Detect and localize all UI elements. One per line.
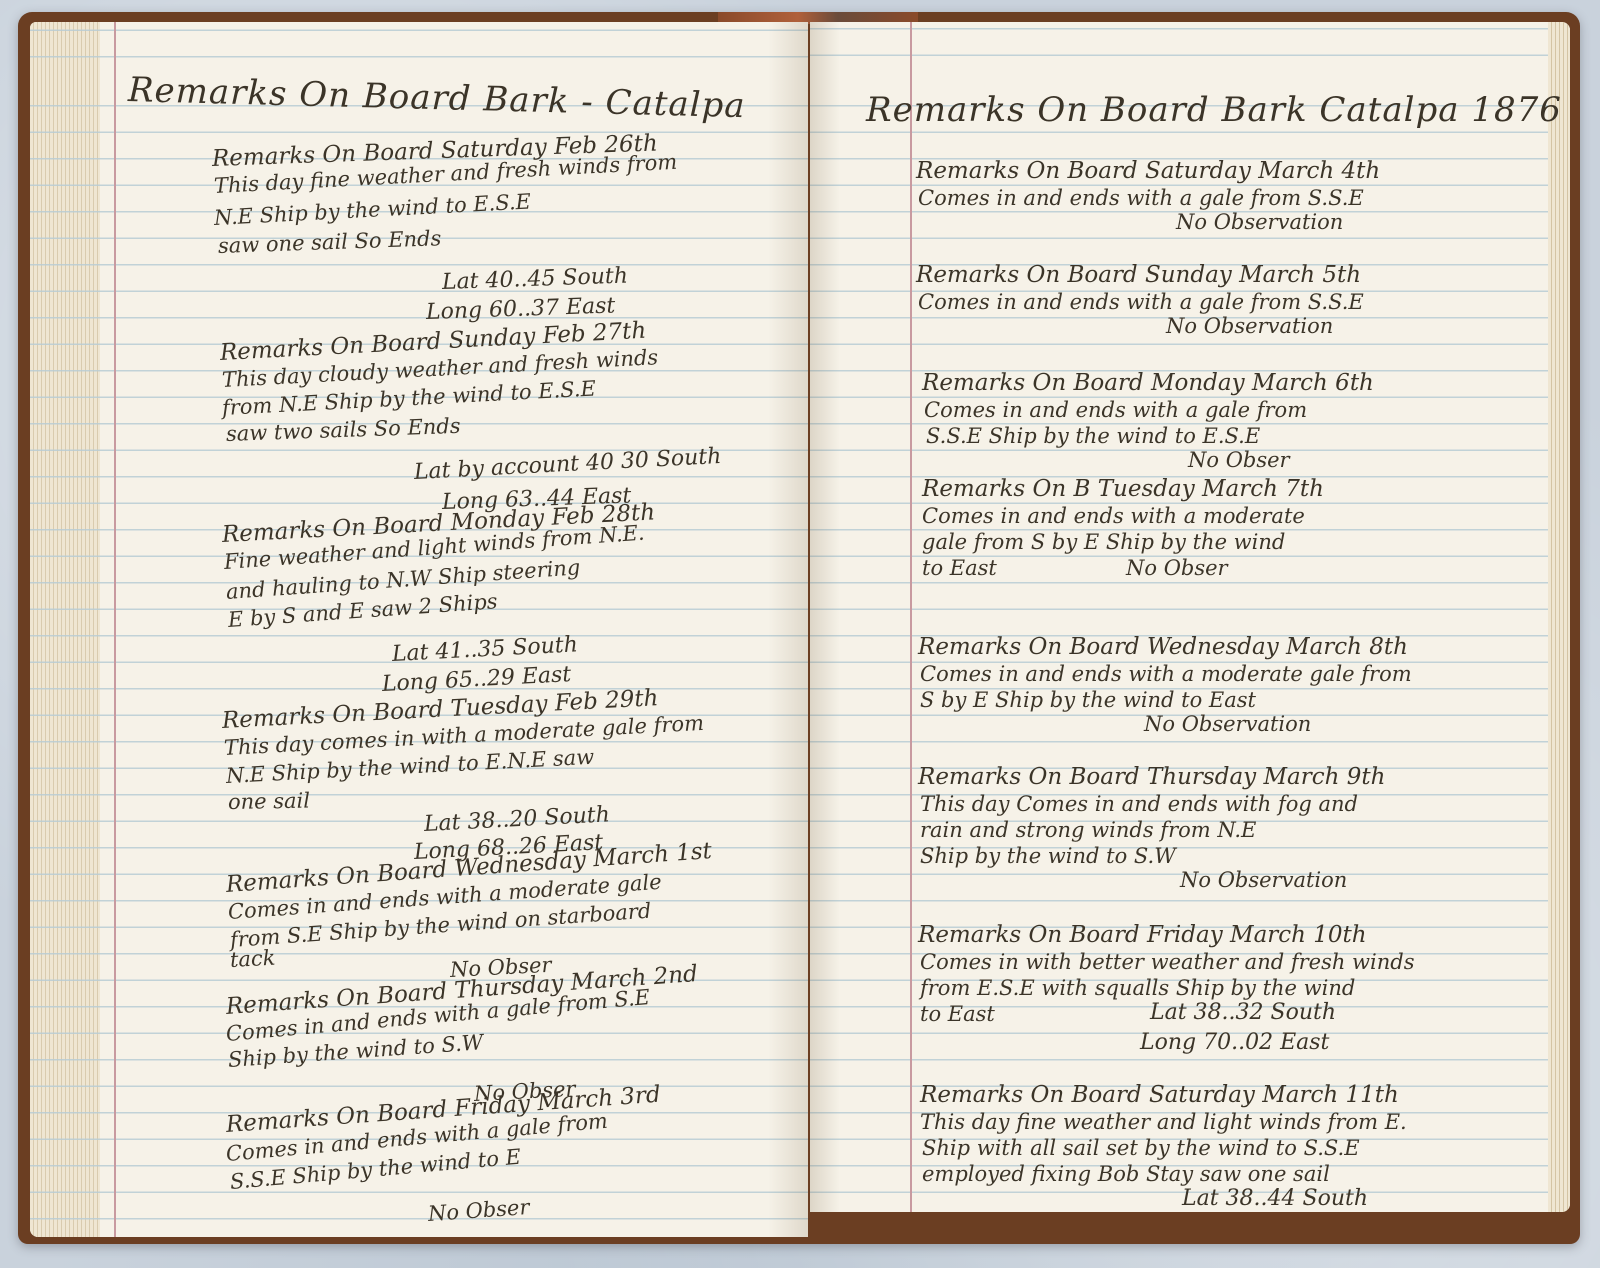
observation-note: No Observation <box>1180 868 1347 892</box>
entry-line: Comes in and ends with a gale from <box>924 398 1307 422</box>
right-page: Remarks On Board Bark Catalpa 1876 Remar… <box>810 22 1570 1212</box>
observation-note: No Obser <box>1126 556 1228 580</box>
gutter-shadow <box>810 22 840 1212</box>
entry-line: one sail <box>228 789 310 814</box>
entry-header: Remarks On Board Saturday March 4th <box>916 158 1380 184</box>
entry-header: Remarks On Board Sunday March 5th <box>916 262 1361 288</box>
latitude: Lat 38..32 South <box>1150 1000 1336 1025</box>
observation-note: No Obser <box>1188 448 1290 472</box>
entry-line: S by E Ship by the wind to East <box>920 688 1256 712</box>
entry-line: This day fine weather and light winds fr… <box>920 1110 1407 1134</box>
observation-note: No Observation <box>1176 210 1343 234</box>
entry-line: Comes in and ends with a moderate gale f… <box>920 662 1412 686</box>
entry-header: Remarks On Board Saturday March 11th <box>920 1082 1399 1108</box>
entry-line: to East <box>922 556 997 580</box>
margin-rule <box>114 22 116 1237</box>
open-logbook: Remarks On Board Bark - Catalpa Remarks … <box>18 12 1580 1244</box>
entry-line: rain and strong winds from N.E <box>920 818 1256 842</box>
entry-line: gale from S by E Ship by the wind <box>922 530 1285 554</box>
page-heading: Remarks On Board Bark Catalpa 1876 <box>866 90 1562 130</box>
entry-line: Comes in and ends with a gale from S.S.E <box>918 290 1364 314</box>
left-page: Remarks On Board Bark - Catalpa Remarks … <box>30 22 808 1237</box>
entry-header: Remarks On B Tuesday March 7th <box>922 476 1324 502</box>
page-edges <box>1548 22 1570 1212</box>
entry-line: Comes in with better weather and fresh w… <box>920 950 1414 974</box>
entry-line: to East <box>920 1002 995 1026</box>
longitude: Long 70..02 East <box>1140 1030 1329 1055</box>
entry-header: Remarks On Board Monday March 6th <box>922 370 1374 396</box>
entry-header: Remarks On Board Friday March 10th <box>918 922 1367 948</box>
observation-note: No Observation <box>1144 712 1311 736</box>
entry-line: This day Comes in and ends with fog and <box>920 792 1358 816</box>
gutter-shadow <box>768 22 808 1237</box>
entry-line: tack <box>229 946 276 972</box>
entry-header: Remarks On Board Thursday March 9th <box>918 764 1385 790</box>
entry-line: S.S.E Ship by the wind to E.S.E <box>926 424 1260 448</box>
observation-note: No Observation <box>1166 314 1333 338</box>
entry-line: Comes in and ends with a moderate <box>922 504 1305 528</box>
margin-rule <box>910 22 912 1212</box>
entry-line: employed fixing Bob Stay saw one sail <box>922 1162 1330 1186</box>
entry-line: Comes in and ends with a gale from S.S.E <box>918 186 1364 210</box>
entry-header: Remarks On Board Wednesday March 8th <box>918 634 1408 660</box>
entry-line: from E.S.E with squalls Ship by the wind <box>920 976 1355 1000</box>
longitude: Long 71..14 East <box>1140 1208 1312 1212</box>
entry-line: Ship with all sail set by the wind to S.… <box>922 1136 1360 1160</box>
entry-line: Ship by the wind to S.W <box>920 844 1176 868</box>
